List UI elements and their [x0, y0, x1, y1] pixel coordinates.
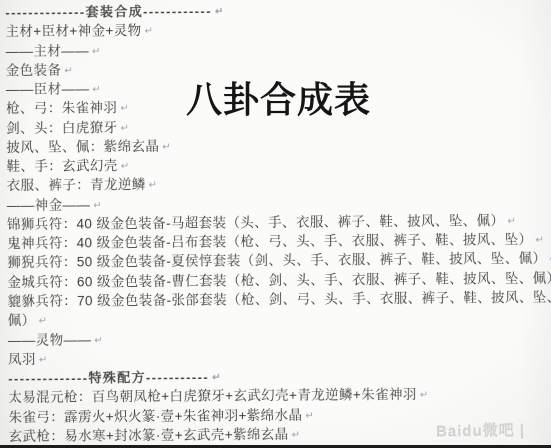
paragraph-mark-icon: ↵ — [93, 200, 101, 211]
paragraph-mark-icon: ↵ — [39, 316, 47, 327]
line-text: 太易混元枪：百鸟朝凤枪+白虎獠牙+玄武幻壳+青龙逆鳞+朱雀神羽 — [8, 387, 417, 405]
paragraph-mark-icon: ↵ — [507, 216, 515, 227]
paragraph-mark-icon: ↵ — [212, 372, 220, 383]
paragraph-mark-icon: ↵ — [94, 335, 102, 346]
line-text: 锦狮兵符：40 级金色装备-马超套装（头、手、衣服、裤子、鞋、披风、坠、佩） — [7, 213, 505, 232]
line-text: 剑、头：白虎獠牙 — [6, 120, 117, 136]
document-photo: --------------套装合成------------↵主材+臣材+神金+… — [0, 0, 551, 448]
paragraph-mark-icon: ↵ — [121, 161, 129, 172]
line-text: 狮猊兵符：50 级金色装备-夏侯惇套装（剑、头、手、衣服、裤子、鞋、披风、坠、佩… — [7, 251, 546, 270]
line-text: --------------特殊配方----------- — [8, 369, 209, 386]
line-text: 朱雀弓：霹雳火+炽火篆·壹+朱雀神羽+紫绵水晶 — [8, 407, 302, 424]
paragraph-mark-icon: ↵ — [162, 142, 170, 153]
line-text: ——臣材—— — [6, 81, 90, 97]
line-text: 貔貅兵符：70 级金色装备-张郃套装（枪、剑、弓、头、手、衣服、裤子、鞋、披风、… — [8, 290, 551, 309]
line-text: 佩） — [8, 313, 36, 328]
line-text: 衣服、裤子：青龙逆鳞 — [7, 177, 146, 193]
paragraph-mark-icon: ↵ — [420, 390, 428, 401]
line-text: ——灵物—— — [8, 332, 92, 348]
paragraph-mark-icon: ↵ — [64, 65, 72, 76]
line-text: 凤羽 — [8, 352, 36, 367]
page-title: 八卦合成表 — [186, 72, 371, 123]
paragraph-mark-icon: ↵ — [92, 46, 100, 57]
line-text: 金城兵符：60 级金色装备-曹仁套装（枪、剑、头、手、衣服、裤子、鞋、披风、坠、… — [7, 270, 551, 289]
paragraph-mark-icon: ↵ — [92, 84, 100, 95]
paragraph-mark-icon: ↵ — [215, 6, 223, 17]
paragraph-mark-icon: ↵ — [149, 180, 157, 191]
line-text: 玄武枪：易水寒+封冰篆·壹+玄武壳+紫绵玄晶 — [9, 427, 289, 444]
line-text: ——神金—— — [7, 197, 91, 213]
line-text: 金色装备 — [6, 62, 62, 77]
document-lines: --------------套装合成------------↵主材+臣材+神金+… — [5, 0, 551, 446]
line-text: 鬼神兵符：40 级金色装备-吕布套装（枪、弓、头、手、衣服、裤子、鞋、披风、坠） — [7, 232, 532, 251]
line-text: 主材+臣材+神金+灵物 — [5, 23, 141, 39]
paragraph-mark-icon: ↵ — [39, 354, 47, 365]
paragraph-mark-icon: ↵ — [145, 26, 153, 37]
line-text: --------------套装合成------------ — [5, 3, 212, 20]
paragraph-mark-icon: ↵ — [305, 410, 313, 421]
paragraph-mark-icon: ↵ — [535, 235, 543, 246]
paragraph-mark-icon: ↵ — [120, 103, 128, 114]
paragraph-mark-icon: ↵ — [120, 123, 128, 134]
baidu-watermark: Baidu微吧 | — [436, 419, 525, 441]
paragraph-mark-icon: ↵ — [292, 430, 300, 441]
line-text: ——主材—— — [6, 43, 90, 59]
line-text: 鞋、手：玄武幻壳 — [6, 158, 117, 174]
line-text: 披风、坠、佩：紫绵玄晶 — [6, 139, 159, 155]
line-text: 枪、弓：朱雀神羽 — [6, 100, 117, 116]
